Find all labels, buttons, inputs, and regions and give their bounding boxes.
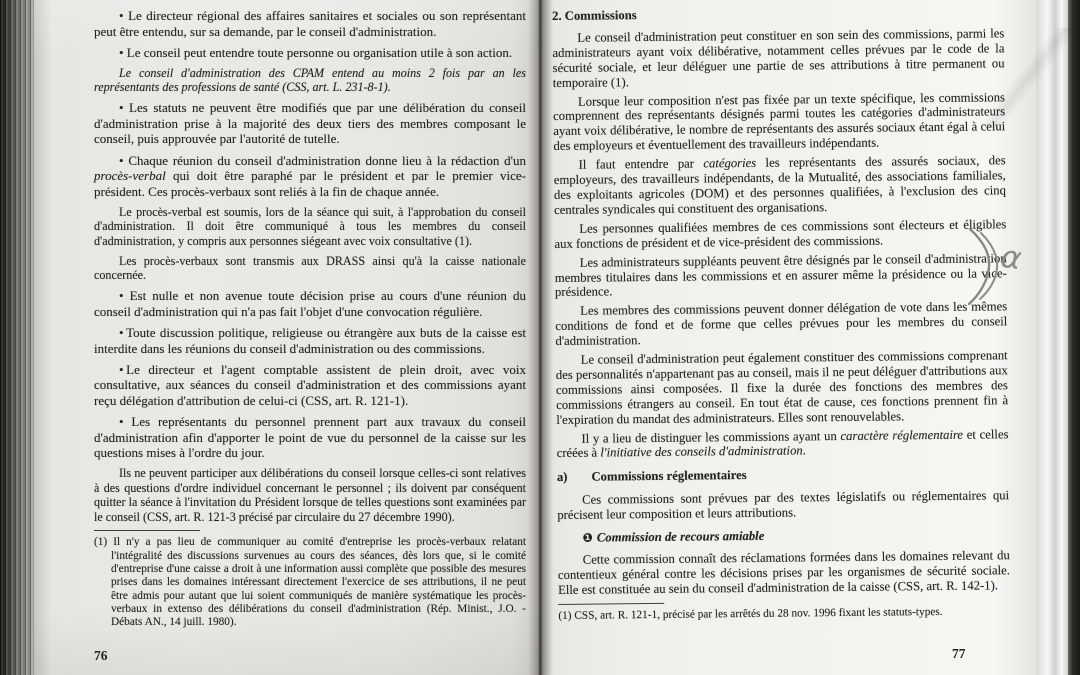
bullet-paragraph: • Chaque réunion du conseil d'administra… [94,153,526,200]
page-number-right: 77 [952,646,966,662]
footnote-divider [558,603,664,605]
italic-note: Le conseil d'administration des CPAM ent… [94,66,526,95]
left-page-text: • Le directeur régional des affaires san… [94,8,526,630]
body-paragraph: Les membres des commissions peuvent donn… [555,300,1007,349]
bullet-paragraph: • Toute discussion politique, religieuse… [94,325,526,356]
subsection-heading: a)Commissions réglementaires [557,466,1009,486]
small-paragraph: Les procès-verbaux sont transmis aux DRA… [94,254,526,283]
body-paragraph: Il faut entendre par catégories les repr… [554,153,1007,217]
body-paragraph: Cette commission connaît des réclamation… [558,548,1010,597]
bullet-paragraph: • Les représentants du personnel prennen… [94,414,526,461]
bullet-paragraph: • Est nulle et non avenue toute décision… [94,288,526,319]
body-paragraph: Ces commissions sont prévues par des tex… [557,489,1009,524]
footnote: (1) Il n'y a pas lieu de communiquer au … [94,536,526,629]
body-paragraph: Lorsque leur composition n'est pas fixée… [553,90,1006,154]
numbered-heading: ❶ Commission de recours amiable [557,526,1009,546]
small-paragraph: Ils ne peuvent participer aux délibérati… [94,466,526,524]
bullet-paragraph: • Le directeur et l'agent comptable assi… [94,362,526,409]
bullet-paragraph: • Le conseil peut entendre toute personn… [94,45,526,61]
body-paragraph: Le conseil d'administration peut égaleme… [556,348,1009,427]
footnote-divider [94,530,200,531]
page-number-left: 76 [94,648,108,664]
page-stack-edge [0,0,34,675]
small-paragraph: Le procès-verbal est soumis, lors de la … [94,205,526,249]
book-scan: • Le directeur régional des affaires san… [0,0,1080,675]
body-paragraph: Il y a lieu de distinguer les commission… [556,427,1008,462]
body-paragraph: Les administrateurs suppléants peuvent ê… [555,251,1007,300]
gutter-shadow [528,0,552,675]
right-page-text: 2. CommissionsLe conseil d'administratio… [552,4,1010,623]
body-paragraph: Les personnes qualifiées membres de ces … [554,217,1006,252]
body-paragraph: Le conseil d'administration peut constit… [552,26,1005,90]
bullet-paragraph: • Le directeur régional des affaires san… [94,8,526,39]
bullet-paragraph: • Les statuts ne peuvent être modifiés q… [94,100,526,147]
